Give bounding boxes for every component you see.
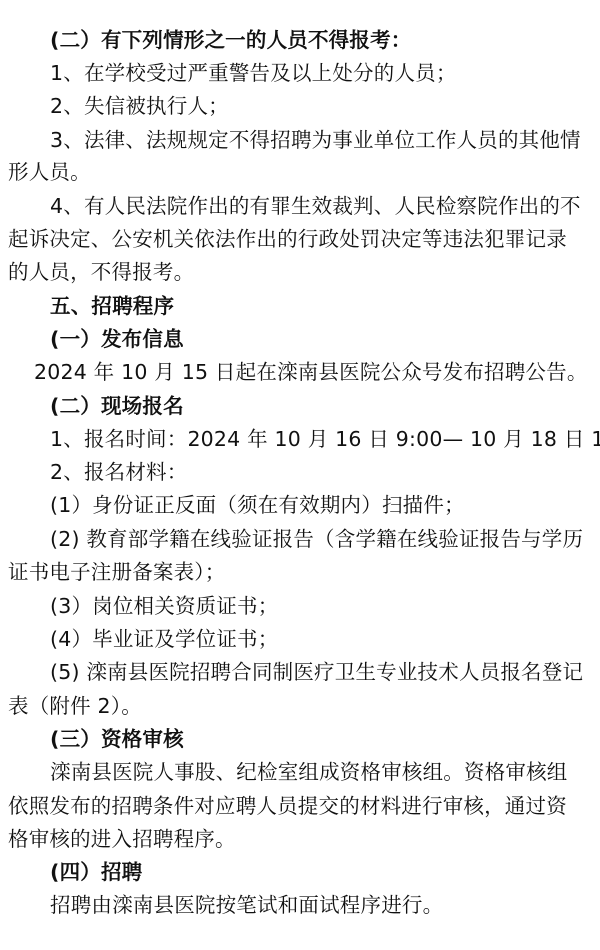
material-item-5-cont: 表（附件 2）。 [8,690,594,723]
material-item-2-cont: 证书电子注册备案表）； [8,556,594,589]
document-page: (二）有下列情形之一的人员不得报考： 1、在学校受过严重警告及以上处分的人员； … [0,0,600,950]
section-heading-disqualifications: (二）有下列情形之一的人员不得报考： [50,24,595,57]
disqualification-item-4-cont-1: 起诉决定、公安机关依法作出的行政处罚决定等违法犯罪记录 [8,223,594,256]
material-item-5: (5) 滦南县医院招聘合同制医疗卫生专业技术人员报名登记 [50,656,595,689]
material-item-2: (2) 教育部学籍在线验证报告（含学籍在线验证报告与学历 [50,523,595,556]
subsection-heading-publish-info: (一）发布信息 [50,323,595,356]
material-item-1: (1）身份证正反面（须在有效期内）扫描件； [50,489,595,522]
section-heading-recruitment-procedure: 五、招聘程序 [50,290,595,323]
material-item-4: (4）毕业证及学位证书； [50,623,595,656]
subsection-heading-recruitment: (四）招聘 [50,856,595,889]
disqualification-item-2: 2、失信被执行人； [50,90,595,123]
disqualification-item-3: 3、法律、法规规定不得招聘为事业单位工作人员的其他情 [50,124,595,157]
disqualification-item-4-cont-2: 的人员，不得报考。 [8,256,594,289]
qualification-review-text-3: 格审核的进入招聘程序。 [8,823,594,856]
registration-materials-label: 2、报名材料： [50,456,595,489]
qualification-review-text-2: 依照发布的招聘条件对应聘人员提交的材料进行审核，通过资 [8,790,594,823]
publish-info-text: 2024 年 10 月 15 日起在滦南县医院公众号发布招聘公告。 [34,356,594,389]
recruitment-text: 招聘由滦南县医院按笔试和面试程序进行。 [50,889,595,922]
disqualification-item-3-cont: 形人员。 [8,156,594,189]
disqualification-item-1: 1、在学校受过严重警告及以上处分的人员； [50,57,595,90]
subsection-heading-onsite-registration: (二）现场报名 [50,390,595,423]
subsection-heading-qualification-review: (三）资格审核 [50,723,595,756]
material-item-3: (3）岗位相关资质证书； [50,590,595,623]
registration-time: 1、报名时间：2024 年 10 月 16 日 9:00— 10 月 18 日 … [50,423,595,456]
disqualification-item-4: 4、有人民法院作出的有罪生效裁判、人民检察院作出的不 [50,190,595,223]
qualification-review-text-1: 滦南县医院人事股、纪检室组成资格审核组。资格审核组 [50,756,595,789]
